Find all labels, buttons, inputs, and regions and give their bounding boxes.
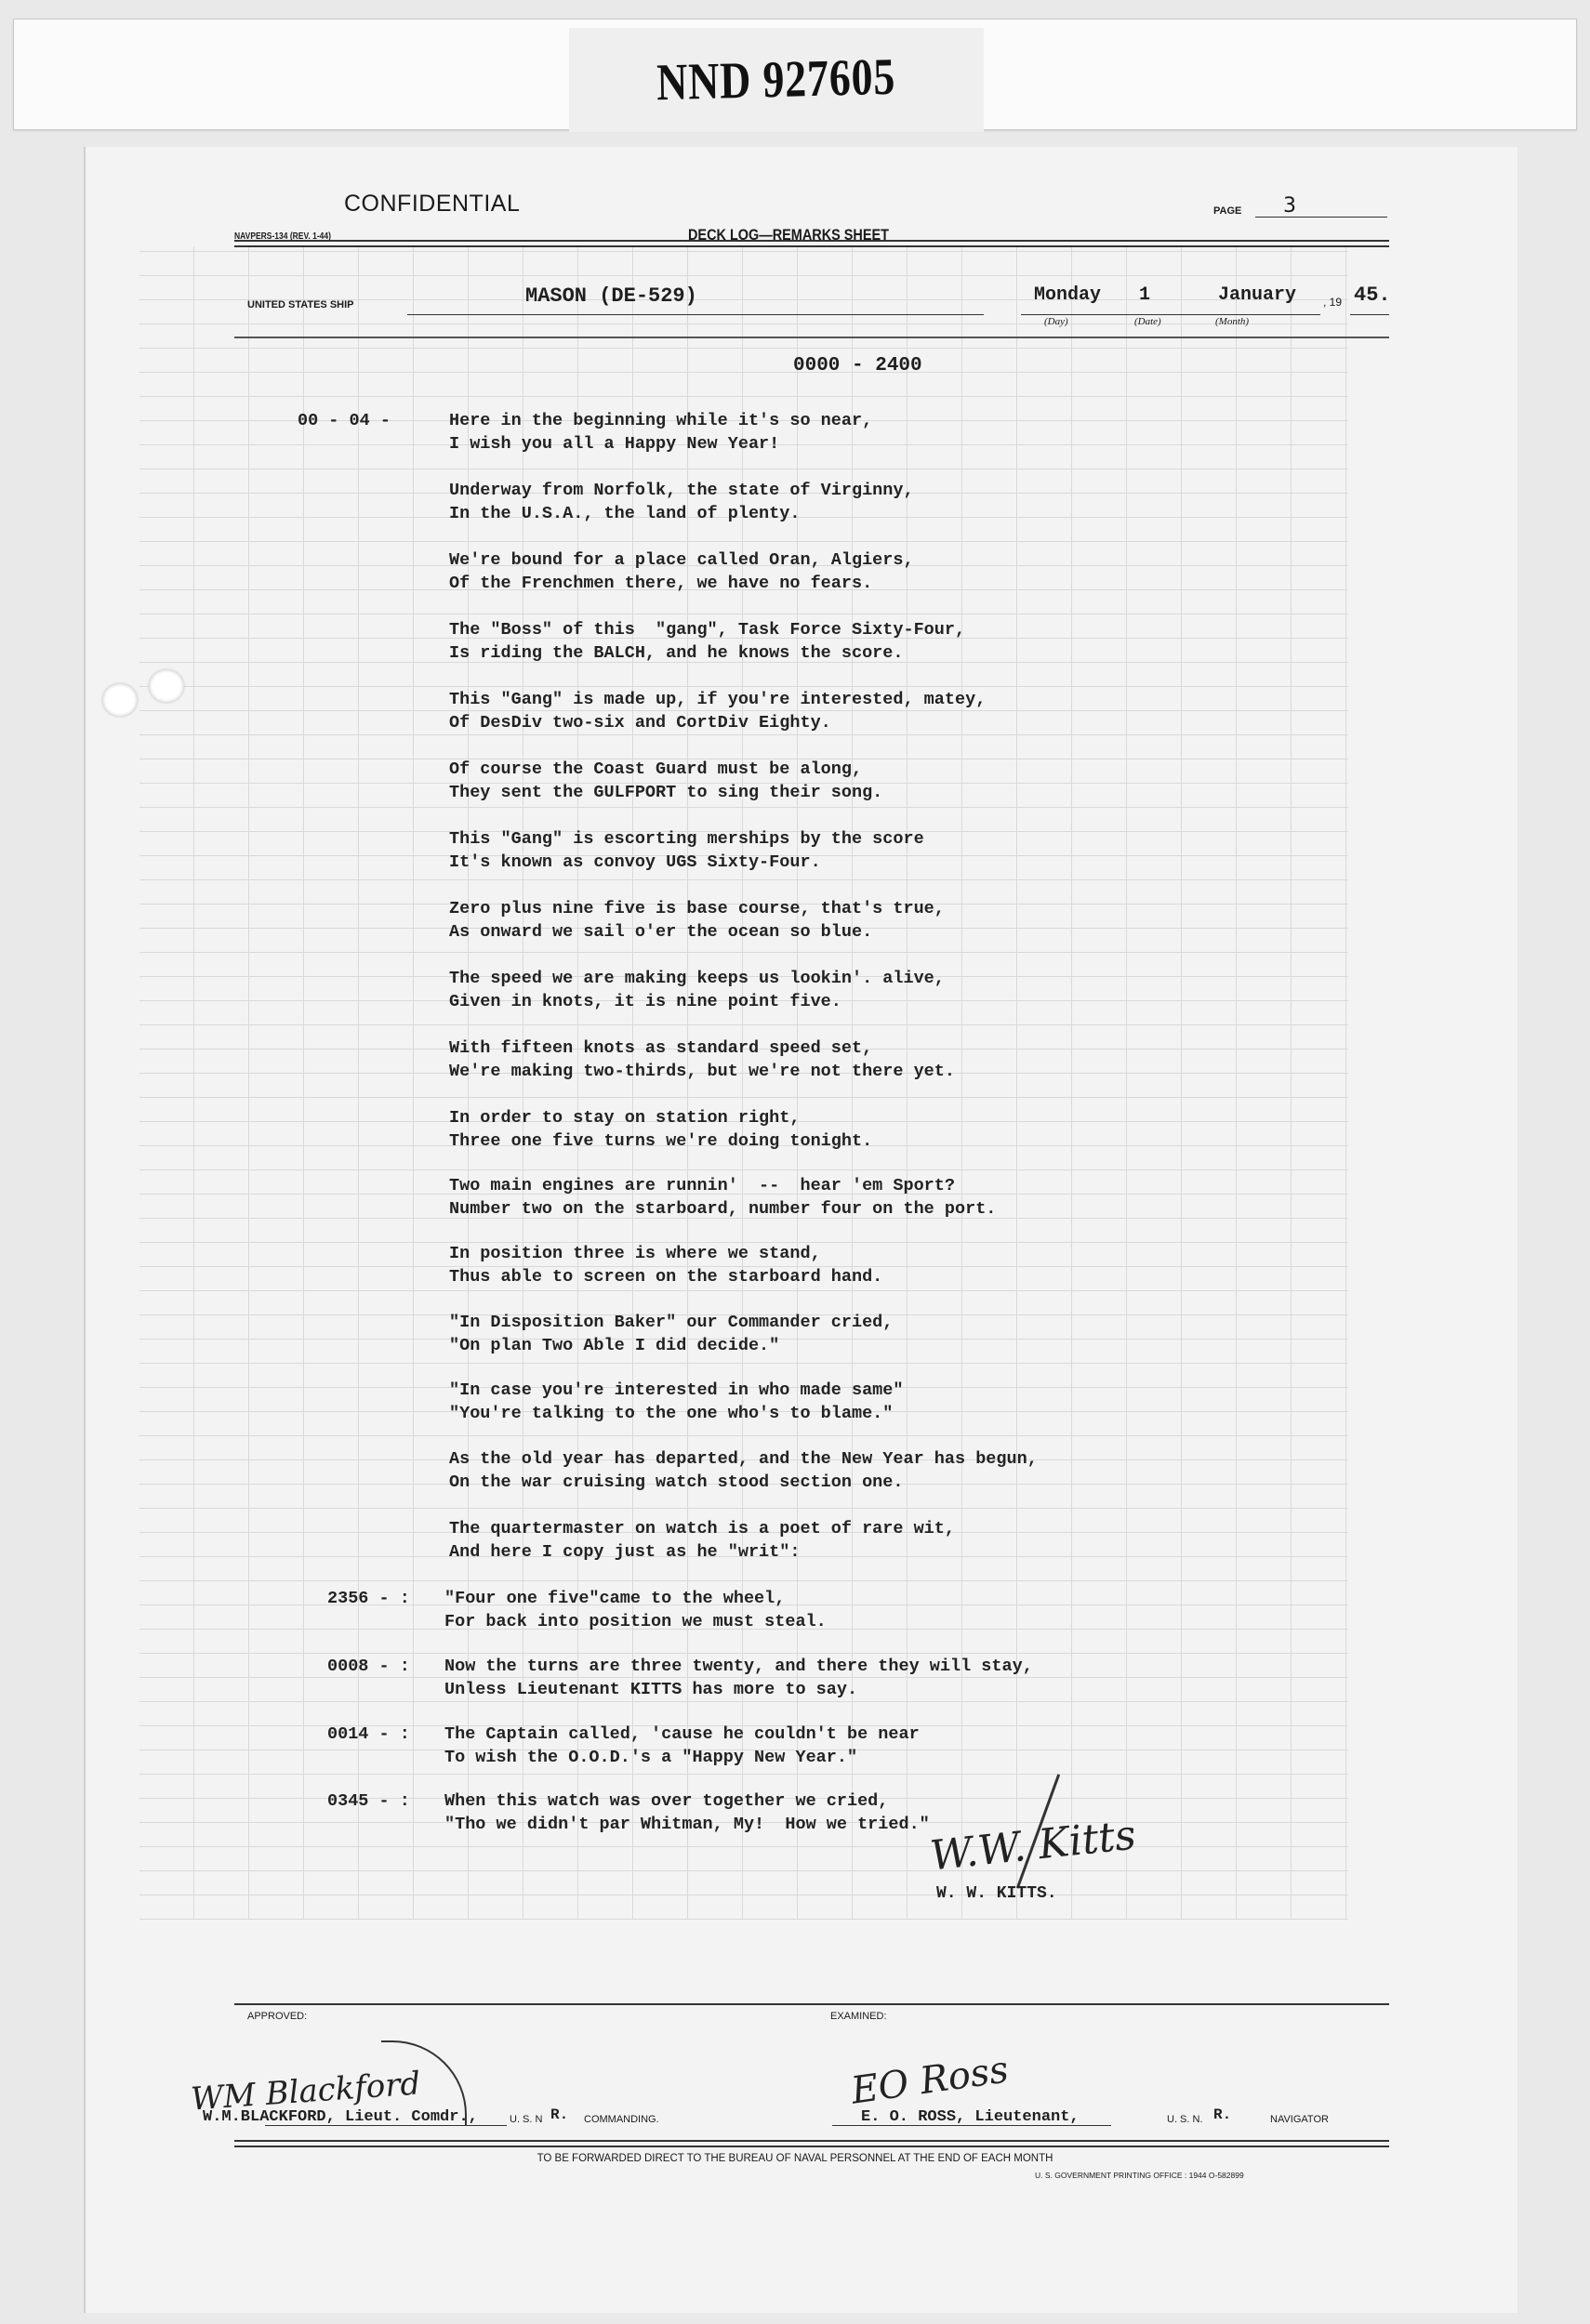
- entry-line: "Four one five"came to the wheel,: [444, 1587, 785, 1610]
- day-caption: (Day): [1044, 316, 1068, 327]
- entry-line: When this watch was over together we cri…: [444, 1789, 888, 1813]
- punch-hole-icon: [102, 683, 138, 717]
- entry-line: "On plan Two Able I did decide.": [449, 1334, 779, 1357]
- entry-line: Number two on the starboard, number four…: [449, 1197, 996, 1221]
- page-number: 3: [1283, 194, 1296, 218]
- watch-officer-name: W. W. KITTS.: [936, 1882, 1057, 1906]
- entry-line: "Tho we didn't par Whitman, My! How we t…: [444, 1813, 930, 1836]
- entry-line: I wish you all a Happy New Year!: [449, 432, 779, 456]
- entry-line: On the war cruising watch stood section …: [449, 1471, 903, 1494]
- navigator-role: NAVIGATOR: [1270, 2114, 1329, 2125]
- entry-line: Three one five turns we're doing tonight…: [449, 1129, 872, 1153]
- entry-line: The "Boss" of this "gang", Task Force Si…: [449, 618, 965, 641]
- divider: [234, 240, 1389, 247]
- entry-line: This "Gang" is escorting merships by the…: [449, 827, 924, 851]
- entry-line: We're making two-thirds, but we're not t…: [449, 1060, 955, 1083]
- commanding-service-suffix: R.: [550, 2106, 568, 2123]
- navigator-service: U. S. N.: [1167, 2114, 1203, 2125]
- divider: [832, 2125, 1111, 2126]
- entry-line: "In case you're interested in who made s…: [449, 1379, 903, 1402]
- entry-line: Now the turns are three twenty, and ther…: [444, 1655, 1033, 1678]
- entry-line: As onward we sail o'er the ocean so blue…: [449, 920, 872, 944]
- commanding-service: U. S. N: [510, 2114, 542, 2125]
- printing-office: U. S. GOVERNMENT PRINTING OFFICE : 1944 …: [1035, 2171, 1244, 2180]
- ship-name: MASON (DE-529): [525, 284, 697, 308]
- entry-line: To wish the O.O.D.'s a "Happy New Year.": [444, 1746, 857, 1769]
- date-caption: (Date): [1134, 316, 1161, 327]
- entry-line: Two main engines are runnin' -- hear 'em…: [449, 1174, 955, 1197]
- entry-line: We're bound for a place called Oran, Alg…: [449, 548, 914, 572]
- approved-label: APPROVED:: [247, 2011, 307, 2022]
- divider: [234, 2003, 1389, 2005]
- examined-label: EXAMINED:: [830, 2011, 887, 2022]
- entry-line: The speed we are making keeps us lookin'…: [449, 967, 945, 990]
- year-prefix: , 19: [1323, 296, 1342, 309]
- archive-label: NND 927605: [569, 28, 984, 132]
- entry-line: Of course the Coast Guard must be along,: [449, 758, 862, 781]
- entry-line: The quartermaster on watch is a poet of …: [449, 1517, 955, 1540]
- page-label: PAGE: [1213, 205, 1241, 217]
- classification: CONFIDENTIAL: [344, 191, 520, 218]
- divider: [1255, 217, 1387, 218]
- log-date: 1: [1139, 284, 1150, 306]
- entry-line: They sent the GULFPORT to sing their son…: [449, 781, 882, 804]
- entry-line: Unless Lieutenant KITTS has more to say.: [444, 1678, 857, 1701]
- log-month: January: [1218, 284, 1296, 306]
- divider: [407, 314, 984, 315]
- divider: [234, 337, 1389, 338]
- entry-line: It's known as convoy UGS Sixty-Four.: [449, 851, 821, 874]
- divider: [234, 2140, 1389, 2147]
- commanding-role: COMMANDING.: [584, 2114, 659, 2125]
- entry-line: Is riding the BALCH, and he knows the sc…: [449, 641, 903, 665]
- forward-notice: TO BE FORWARDED DIRECT TO THE BUREAU OF …: [0, 2153, 1590, 2164]
- navigator-service-suffix: R.: [1213, 2106, 1231, 2123]
- month-caption: (Month): [1215, 316, 1249, 327]
- entry-line: Underway from Norfolk, the state of Virg…: [449, 479, 914, 502]
- commanding-officer-name: W.M.BLACKFORD, Lieut. Comdr.,: [203, 2108, 478, 2126]
- entry-line: Given in knots, it is nine point five.: [449, 990, 841, 1013]
- divider: [1021, 314, 1320, 315]
- entry-line: In position three is where we stand,: [449, 1242, 821, 1265]
- entry-line: "You're talking to the one who's to blam…: [449, 1402, 893, 1425]
- punch-hole-icon: [149, 669, 184, 703]
- entry-line: Here in the beginning while it's so near…: [449, 409, 872, 432]
- entry-line: And here I copy just as he "writ":: [449, 1540, 800, 1564]
- entry-line: Zero plus nine five is base course, that…: [449, 897, 945, 920]
- divider: [265, 2125, 507, 2126]
- entry-line: As the old year has departed, and the Ne…: [449, 1447, 1038, 1471]
- log-year: 45.: [1354, 284, 1391, 307]
- deck-log-sheet: [84, 147, 1517, 2313]
- entry-line: For back into position we must steal.: [444, 1610, 827, 1633]
- entry-line: With fifteen knots as standard speed set…: [449, 1037, 872, 1060]
- entry-line: In order to stay on station right,: [449, 1106, 800, 1129]
- entry-line: The Captain called, 'cause he couldn't b…: [444, 1723, 920, 1746]
- entry-line: Thus able to screen on the starboard han…: [449, 1265, 882, 1288]
- entry-line: In the U.S.A., the land of plenty.: [449, 502, 800, 525]
- navigator-name: E. O. ROSS, Lieutenant,: [861, 2108, 1080, 2126]
- entry-line: Of DesDiv two-six and CortDiv Eighty.: [449, 711, 831, 734]
- ship-label: UNITED STATES SHIP: [247, 299, 354, 310]
- archive-number: NND 927605: [656, 47, 896, 113]
- watch-hours: 0000 - 2400: [793, 355, 922, 376]
- log-day: Monday: [1034, 284, 1101, 306]
- entry-line: "In Disposition Baker" our Commander cri…: [449, 1311, 893, 1334]
- entry-line: Of the Frenchmen there, we have no fears…: [449, 572, 872, 595]
- entry-line: This "Gang" is made up, if you're intere…: [449, 688, 986, 711]
- divider: [1350, 314, 1389, 315]
